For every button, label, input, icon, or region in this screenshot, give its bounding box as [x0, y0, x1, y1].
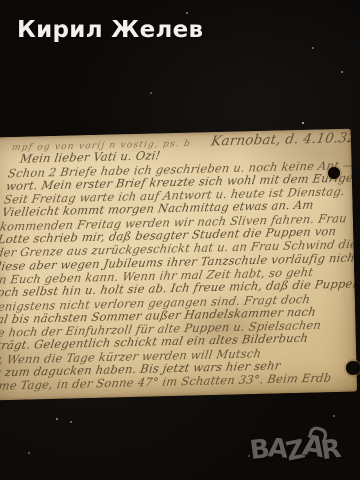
punch-hole	[328, 167, 340, 179]
watermark-letter: R	[319, 436, 342, 465]
listing-photo: Кирил Желев mpf og von vorij n vostig, p…	[0, 0, 360, 480]
postcard: mpf og von vorij n vostig, ps. b Karnoba…	[0, 129, 357, 401]
dust-specks	[0, 0, 2, 2]
handwriting: mpf og von vorij n vostig, ps. b Karnoba…	[0, 131, 357, 393]
bazar-watermark: B A Z A R	[251, 437, 340, 463]
seller-name: Кирил Желев	[17, 17, 203, 43]
punch-hole	[346, 361, 360, 375]
